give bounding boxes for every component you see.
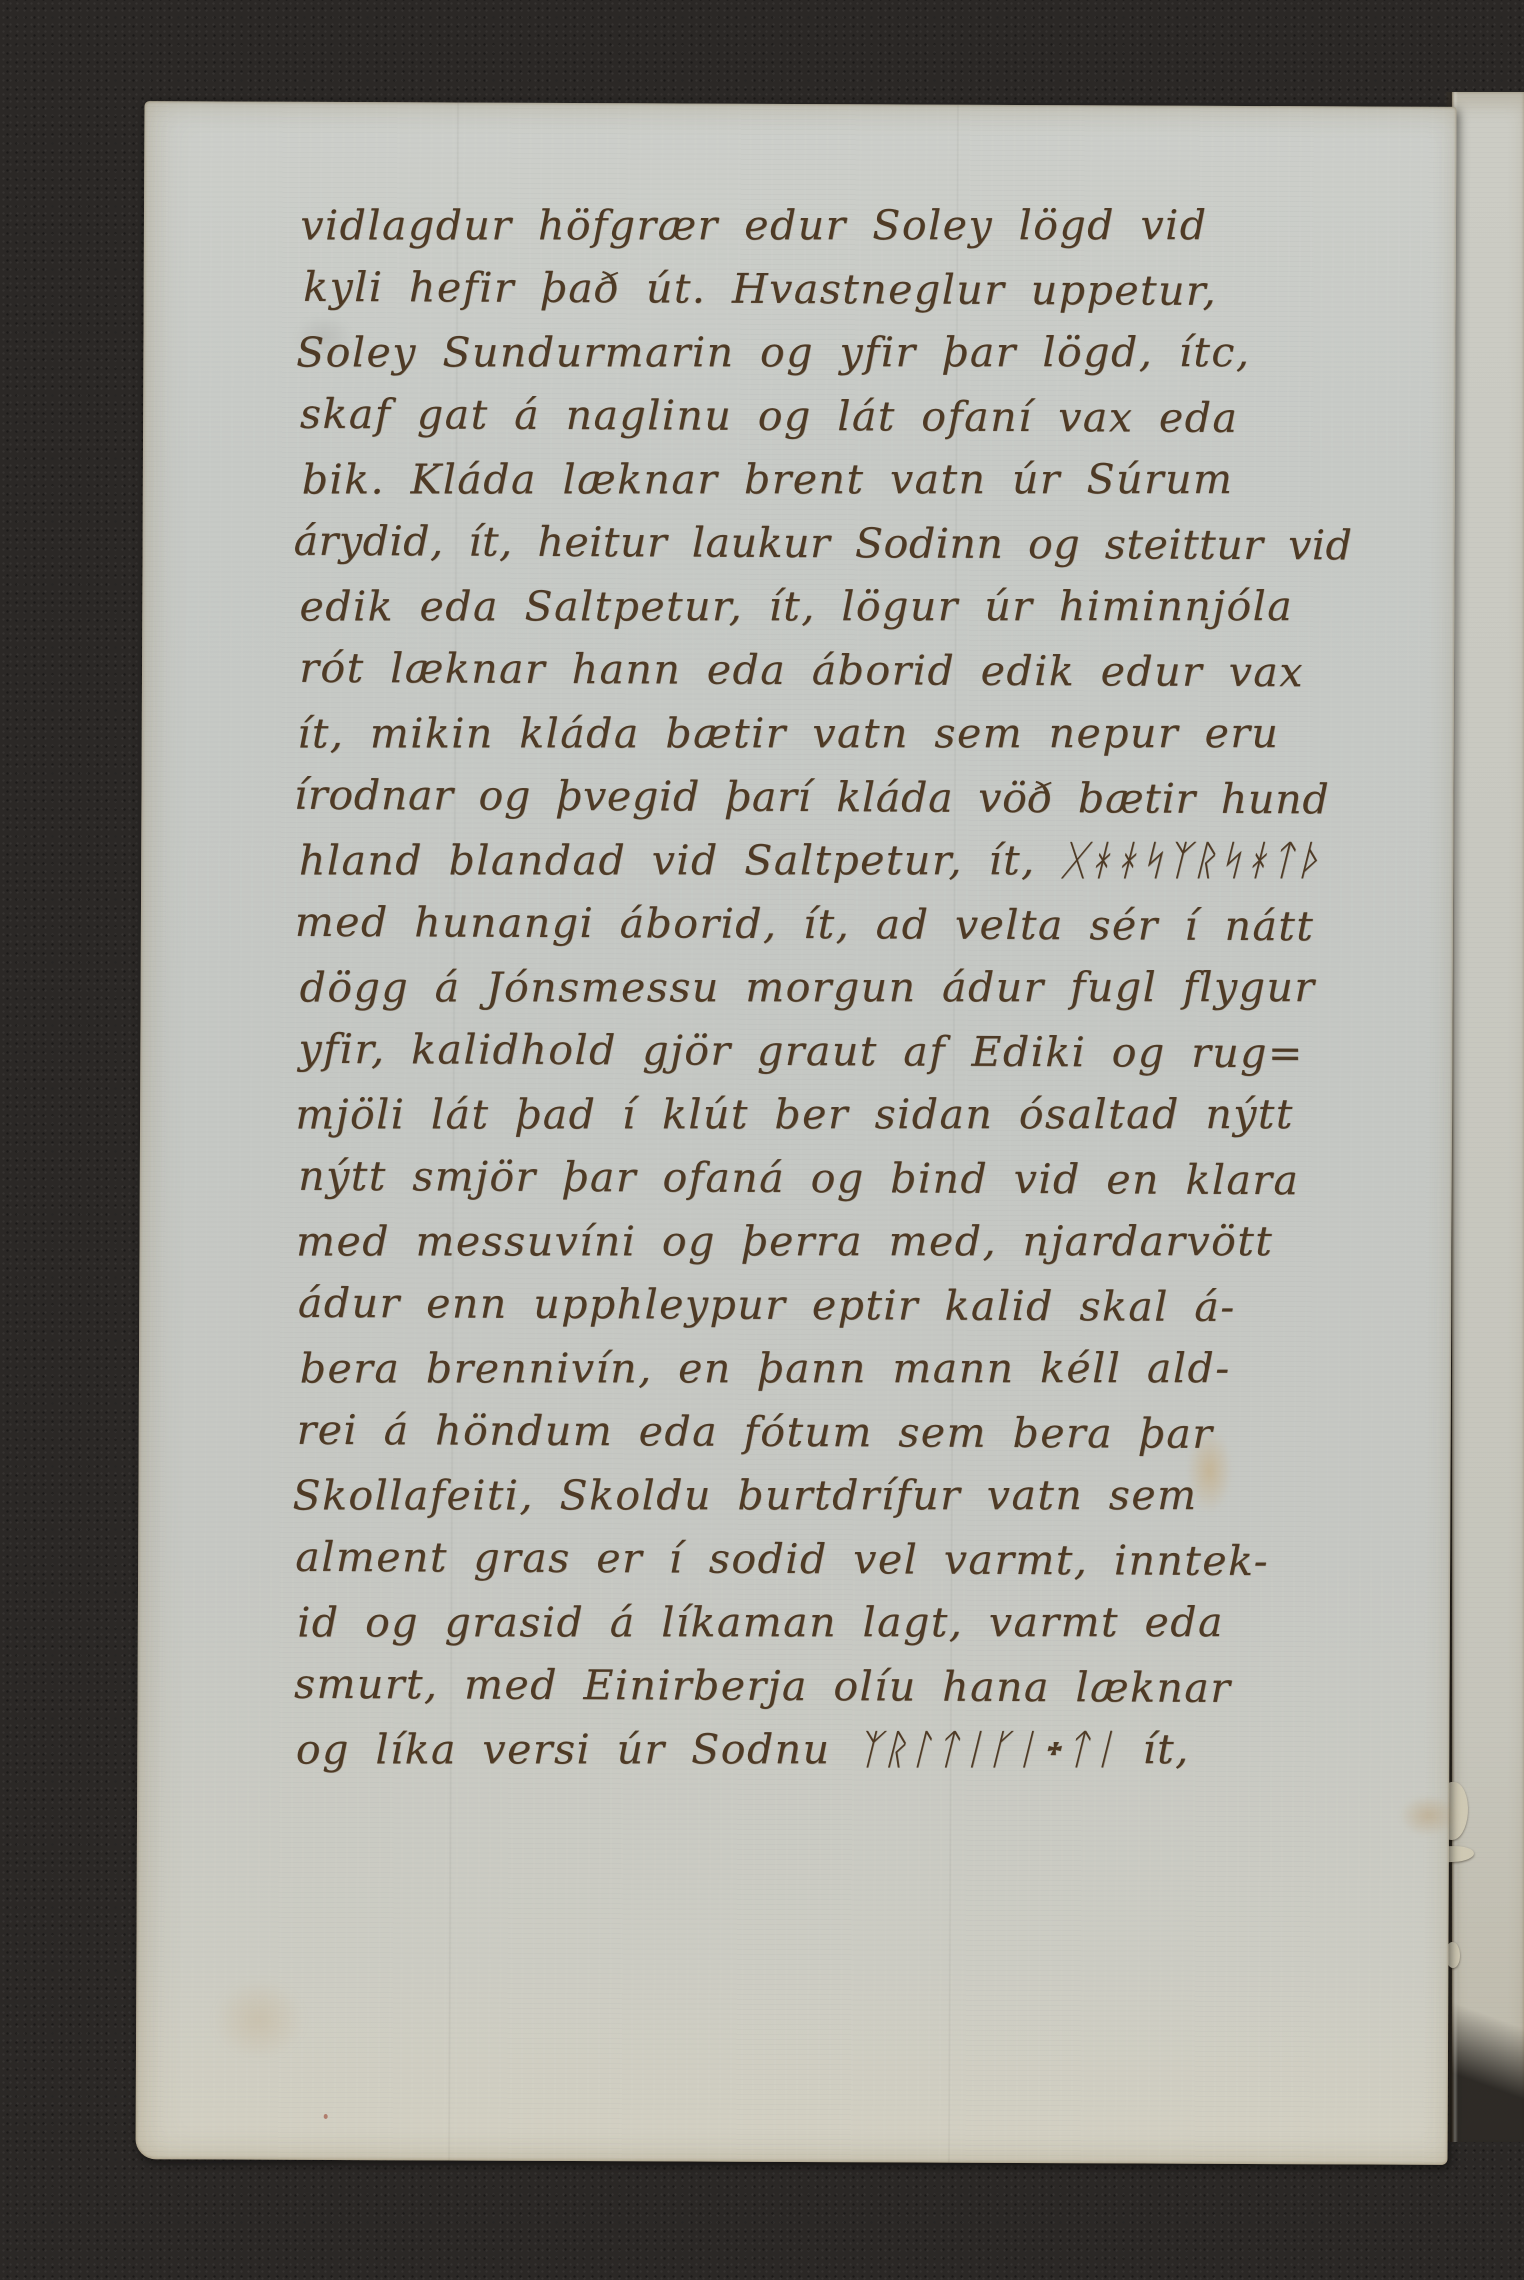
paper-speck xyxy=(324,2114,328,2119)
photo-background: vidlagdur höfgrær edur Soley lögd vid ky… xyxy=(0,0,1524,2280)
manuscript-line: Skollafeiti, Skoldu burtdrífur vatn sem xyxy=(292,1464,1407,1528)
manuscript-line: med hunangi áborid, ít, ad velta sér í n… xyxy=(295,890,1409,958)
manuscript-line: smurt, med Einirberja olíu hana læknar xyxy=(294,1652,1407,1720)
manuscript-line: edik eda Saltpetur, ít, lögur úr himinnj… xyxy=(299,575,1409,639)
manuscript-line-with-runes: og líka versi úr Sodnu ᛉᚱᛚᛏᛁᚴᛁ᛭ᛏᛁ ít, xyxy=(296,1718,1407,1782)
manuscript-line: dögg á Jónsmessu morgun ádur fugl flygur xyxy=(300,956,1409,1020)
manuscript-line: Soley Sundurmarin og yfir þar lögd, ítc, xyxy=(296,321,1410,385)
manuscript-line: ádur enn upphleypur eptir kalid skal á- xyxy=(298,1271,1408,1339)
paper-stain xyxy=(1399,1795,1457,1837)
manuscript-page: vidlagdur höfgrær edur Soley lögd vid ky… xyxy=(136,101,1457,2165)
manuscript-line: vidlagdur höfgrær edur Soley lögd vid xyxy=(300,194,1410,258)
handwritten-text-block: vidlagdur höfgrær edur Soley lögd vid ky… xyxy=(297,193,1411,1783)
binding-shadow xyxy=(1450,1952,1524,2142)
manuscript-line: mjöli lát þad í klút ber sidan ósaltad n… xyxy=(295,1083,1408,1147)
manuscript-line: kyli hefir það út. Hvastneglur uppetur, xyxy=(303,255,1410,323)
manuscript-line: alment gras er í sodid vel varmt, inntek… xyxy=(295,1525,1407,1593)
adjacent-page-edge xyxy=(1452,92,1524,2142)
manuscript-line: skaf gat á naglinu og lát ofaní vax eda xyxy=(300,382,1410,450)
manuscript-line: írodnar og þvegid þarí kláda vöð bætir h… xyxy=(294,763,1409,831)
manuscript-line: rót læknar hann eda áborid edik edur vax xyxy=(299,636,1409,704)
manuscript-line: nýtt smjör þar ofaná og bind vid en klar… xyxy=(298,1144,1408,1212)
manuscript-line: bera brennivín, en þann mann kéll ald- xyxy=(300,1337,1408,1401)
manuscript-line: med messuvíni og þerra med, njardarvött xyxy=(296,1210,1408,1274)
manuscript-line: ít, mikin kláda bætir vatn sem nepur eru xyxy=(297,702,1409,766)
manuscript-line-with-runes: hland blandad vid Saltpetur, ít, ᚷᚼᚼᛋᛉᚱᛋ… xyxy=(299,829,1409,893)
manuscript-line: yfir, kalidhold gjör graut af Ediki og r… xyxy=(298,1017,1408,1085)
manuscript-line: bik. Kláda læknar brent vatn úr Súrum xyxy=(302,448,1410,512)
manuscript-line: rei á höndum eda fótum sem bera þar xyxy=(296,1398,1407,1466)
paper-stain xyxy=(214,1979,304,2059)
manuscript-line: id og grasid á líkaman lagt, varmt eda xyxy=(297,1591,1407,1655)
manuscript-line: árydid, ít, heitur laukur Sodinn og stei… xyxy=(294,509,1410,577)
